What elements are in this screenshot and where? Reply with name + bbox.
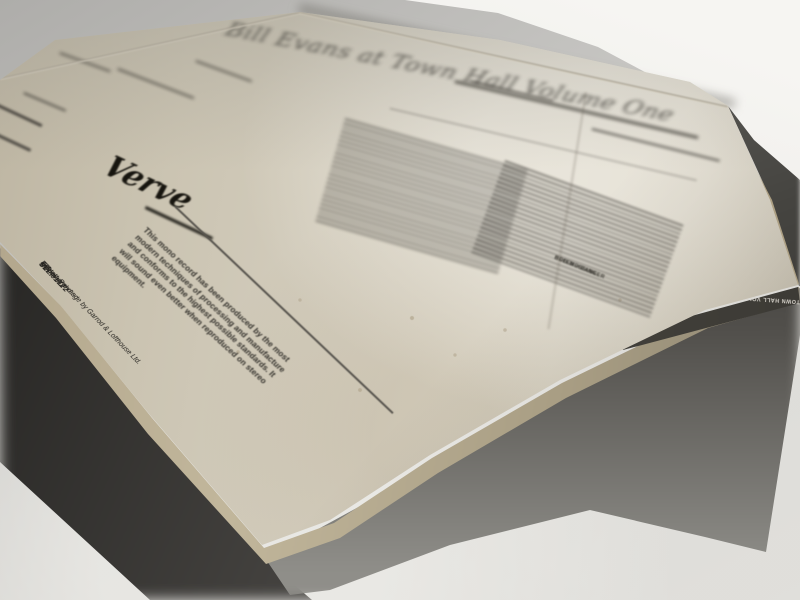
photo-of-record-sleeve: AT TOWN HALL VOLUME 1 Bill Evans at Town…	[0, 0, 800, 600]
